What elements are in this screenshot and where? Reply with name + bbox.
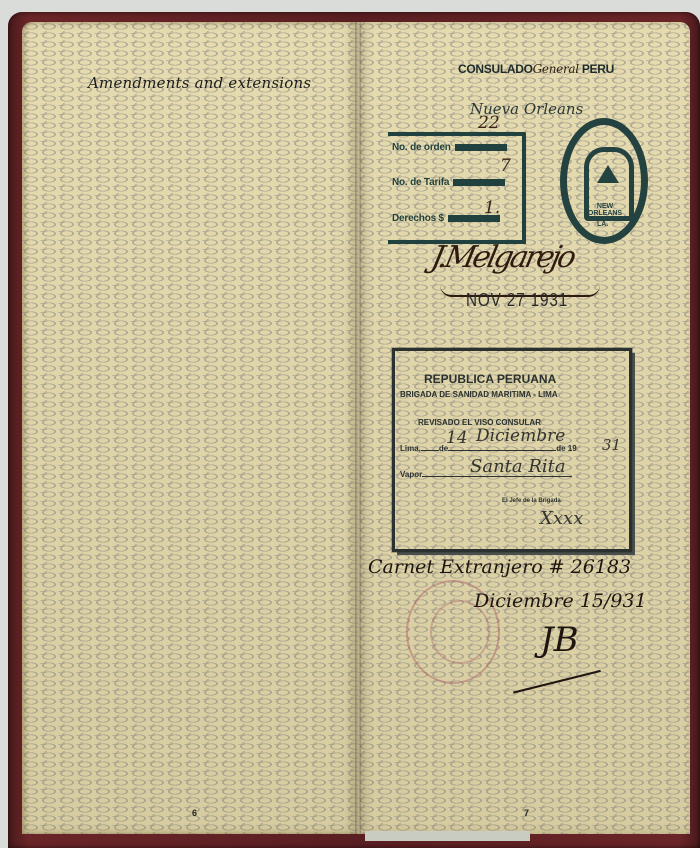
fee-row-tariff: No. de Tarifa (392, 177, 505, 188)
seal-sublabel: LA. (597, 221, 608, 228)
page-number-right: 7 (524, 808, 529, 818)
page-edge-tab (365, 831, 530, 841)
fee-label: No. de orden (392, 142, 451, 153)
note-initials: JB (540, 620, 579, 660)
fee-value-fees: 1. (484, 198, 500, 218)
consular-seal: NEW ORLEANS LA. (560, 118, 648, 244)
fee-value-tariff: 7 (500, 156, 511, 176)
consul-signature: J.Melgarejo (428, 240, 576, 275)
date-stamp: NOV 27 1931 (466, 290, 568, 311)
vapor-label: Vapor (400, 470, 422, 479)
note-line-2: Diciembre 15/931 (474, 590, 647, 612)
seal-tree-icon (597, 165, 619, 183)
consulate-handwritten: General (533, 62, 579, 76)
note-line-1: Carnet Extranjero # 26183 (368, 556, 631, 578)
fee-label: No. de Tarifa (392, 177, 449, 188)
peru-stamp-title: REPUBLICA PERUANA (424, 372, 556, 386)
page-number-left: 6 (192, 808, 197, 818)
lima-day-handwritten: 14 (446, 428, 468, 448)
fee-row-order: No. de orden (392, 142, 507, 153)
consulate-printed: CONSULADO (458, 62, 533, 76)
consulate-country: PERU (582, 62, 614, 76)
jefe-signature: Xxxx (540, 508, 583, 529)
seal-label: NEW ORLEANS (581, 203, 629, 217)
page-heading: Amendments and extensions (88, 74, 328, 92)
lima-label: Lima, (400, 444, 421, 453)
lima-month-handwritten: Diciembre (476, 426, 565, 446)
left-page (22, 22, 358, 834)
fee-label: Derechos $ (392, 213, 444, 224)
vapor-handwritten: Santa Rita (470, 456, 566, 477)
lima-year-handwritten: 31 (602, 436, 621, 454)
consulate-stamp-header: CONSULADOGeneral PERU (458, 62, 614, 76)
peru-stamp-jefe: El Jefe de la Brigada (502, 498, 561, 504)
peru-stamp-subtitle: BRIGADA DE SANIDAD MARITIMA - LIMA (400, 390, 558, 399)
binding-spine (355, 22, 361, 834)
fee-value-order: 22 (478, 113, 500, 133)
